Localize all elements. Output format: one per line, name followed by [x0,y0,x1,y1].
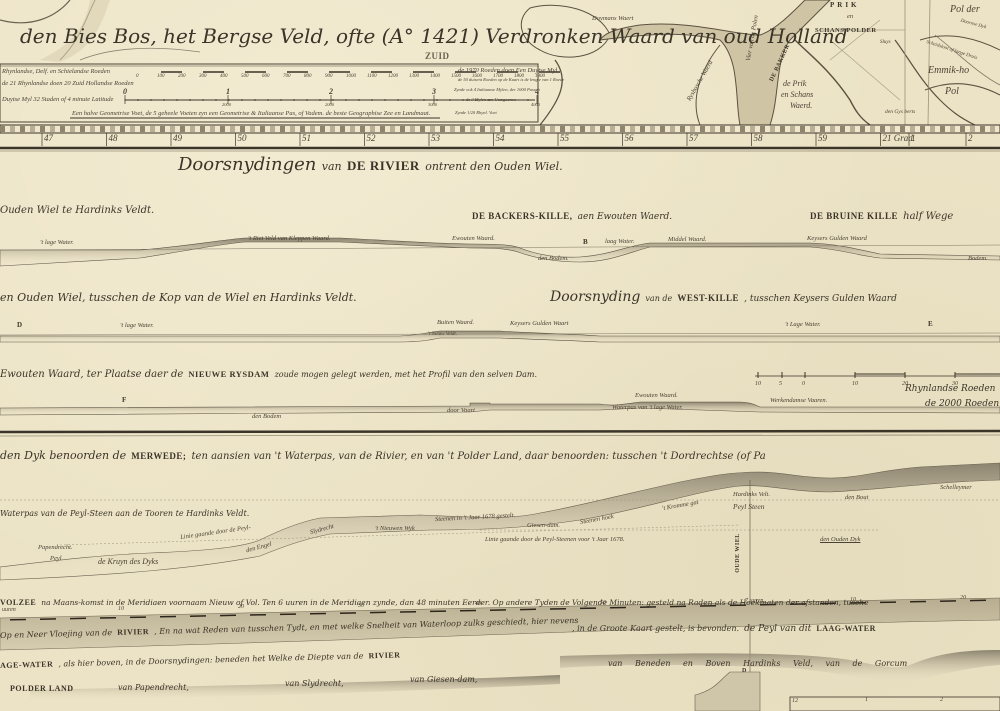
tide-line1-caps: VOLZEE [0,598,36,607]
place-sluis: Sluys [880,40,891,45]
tide-line3-caps2: LAAG-WATER [816,624,876,633]
tick-label: uuren [2,607,16,613]
section-b-right-script: Doorsnyding [550,289,640,305]
polder-place-1: van Papendrecht, [118,684,189,692]
profile-waterpas-line: Waterpas van de Peyl-Steen aan de Tooren… [0,510,249,518]
tick-label: 700 [283,74,291,79]
sections-title-caps: DE RIVIER [347,158,420,173]
tick-label: 400 [220,74,228,79]
tick-label: 2000 [325,103,334,108]
section-b-label: D [17,322,23,329]
section-a-right-caps: DE BRUINE KILLE [810,211,898,221]
tide-line4-caps2: RIVIER [368,651,400,661]
tick-label: 200 [178,74,186,79]
scale-note-3: Zynde ook 4 Italiaanse Mylen, der 1000 P… [454,88,540,93]
section-a-label: Bodem. [968,256,988,263]
tick-label: 10 [850,597,856,603]
tick-label: 1200 [388,74,398,79]
sections-title-van: van [322,160,342,173]
section-b-label: 't Lage Water. [785,322,821,329]
tick-label: 1000 [346,74,356,79]
place-pol-der: Pol der [950,5,980,15]
profile-label: den Ouden Dyk [820,537,860,544]
profile-label: Hardinks Velt. [733,492,770,499]
section-a-label: 't Riet Veld van Kleppen Waard. [248,236,331,243]
section-a-label: 't lage Water. [40,240,74,247]
place-prik-en: en [847,14,853,21]
section-b-label: 't lage Water. [120,323,154,330]
section-a-mid-title: DE BACKERS-KILLE, aen Ewouten Waerd. [472,206,672,222]
inset-label-2: 2 [940,697,943,703]
section-a-mid-caps: DE BACKERS-KILLE, [472,211,573,221]
profile-label: Giesen-dam. [527,523,560,530]
section-b-label: E [928,321,933,328]
profile-title-mid: ten aansien van 't Waterpas, van de Rivi… [192,451,766,462]
section-c-label: F [122,397,127,404]
tide-line-1: VOLZEE na Maans-komst in de Meridiaen vo… [0,592,869,608]
tick-label: 50 [600,600,606,606]
tick-label: 3000 [428,103,437,108]
profile-label: de Kruyn des Dyks [98,558,158,566]
place-schans-polder: SCHANS POLDER [815,28,877,35]
profile-label: den Bout [845,495,868,502]
inset-label-1: 1 [865,697,868,703]
section-c-title: Ewouten Waard, ter Plaatse daer de NIEUW… [0,364,537,380]
scale-row3-label: Duytse Myl 32 Staden of 4 minute Latitud… [2,97,113,104]
tick-label: 500 [241,74,249,79]
tick-label: 0 [123,88,128,96]
section-a-label: Keysers Gulden Waard [807,236,867,243]
tick-label: 40 [475,601,481,607]
tick-label: 53 [431,134,440,143]
tick-label: 58 [754,134,763,143]
place-prik-waerd-2: en Schans [781,91,813,99]
tick-label: 54 [496,134,505,143]
section-c-label: Ewouten Waard. [635,393,678,400]
tick-label: 10 [118,606,124,612]
tick-label: 100 [157,74,165,79]
inset-label-12: 12 [792,698,798,704]
section-c-label: Waterpas van 't lage Water. [612,405,683,412]
place-prik-waerd-1: de Prik [783,80,806,88]
tick-label: 2000 [222,103,231,108]
tick-label: 3 [432,88,437,96]
scale-note-2: de 50 duisent Roeden op de Kaart is de l… [458,78,564,83]
section-c-label: den Bodem [252,414,281,421]
section-c-scale-caption-1: Rhynlandse Roeden [905,385,995,394]
section-a-left-title: Ouden Wiel te Hardinks Veldt. [0,206,154,216]
tide-line3-post: , in de Groote Kaart gestelt, is bevonde… [572,624,739,633]
profile-label: Papendrecht. [38,545,73,552]
scale-note-1: de 1970 Roeden doen Een Duytse Myl [458,68,557,75]
profile-title-caps: MERWEDE; [131,451,186,461]
place-doyman: Doymans Waert [592,16,633,23]
place-prik: PRIK [830,2,860,9]
profile-label: 't Nieuwen Wyk [375,526,415,533]
tick-label: 4000 [531,103,540,108]
scale-row4-text: Een halve Geometrise Voet, de 5 geheele … [72,111,430,118]
sections-title-script: Doorsnydingen [178,154,316,175]
tick-label: 7 uuren [745,598,763,604]
tick-label: 48 [109,134,118,143]
section-b-left-title: en Ouden Wiel, tusschen de Kop van de Wi… [0,292,357,303]
place-gysberts: den Gys berts [885,110,915,116]
section-b-label: Buiten Waard. [437,320,474,327]
tick-label: 57 [689,134,698,143]
scale-row2-label: de 21 Rhynlandse doen 20 Zuid Hollandse … [2,81,134,88]
tick-label: 300 [199,74,207,79]
tick-label: 1300 [409,74,419,79]
tick-label: 20 [960,595,966,601]
tick-label: 0 [136,74,139,79]
tide-line-5: van Beneden en Boven Hardinks Veld, van … [608,660,907,668]
tick-label: 49 [173,134,182,143]
scale-note-5: Zynde 1/20 Rhynl. Voet [455,111,497,116]
tick-label: 51 [302,134,311,143]
tick-label: 2 [329,88,334,96]
section-a-right-rest: half Wege [903,211,953,222]
sections-title-rest: ontrent den Ouden Wiel. [425,160,562,173]
tick-label: 5 [779,381,782,387]
place-emmik: Emmik-ho [928,66,969,76]
section-c-label: Werkendamse Vaaren. [770,398,827,405]
tick-label: 30 [358,603,364,609]
profile-label: Linie gaande door de Peyl-Steenen voor '… [485,537,624,544]
section-a-label: Ewouten Waard. [452,236,495,243]
map-title-region: den Bies Bos, het Bergse Veld, ofte (A° … [20,26,848,46]
tick-label: 20 [238,604,244,610]
section-a-right-title: DE BRUINE KILLE half Wege [810,206,953,222]
tick-label: 1400 [430,74,440,79]
tick-label: 0 [802,381,805,387]
sections-title: Doorsnydingen van DE RIVIER ontrent den … [178,156,563,174]
polder-place-3: van Giesen-dam, [410,676,477,684]
profile-title-pre: den Dyk benoorden de [0,449,126,462]
polder-land-label: POLDER LAND [10,685,74,693]
tick-label: 800 [304,74,312,79]
tick-label: 1100 [367,74,377,79]
polder-place-2: van Slydrecht, [285,680,344,688]
section-a-label: Middel Waard. [668,237,707,244]
section-c-scale-caption-2: de 2000 Roeden [925,400,999,409]
profile-label: Peyl Steen [733,503,764,511]
section-c-label: door Vaart [447,408,475,415]
scale-row1-label: Rhynlandse, Delf. en Schielandse Roeden [2,69,110,76]
section-c-title-post: zoude mogen gelegt werden, met het Profi… [275,370,537,379]
section-b-right-caps: WEST-KILLE [677,293,739,303]
section-a-label: B [583,239,588,246]
place-prik-waerd-3: Waerd. [790,102,812,110]
profile-label: Peyl [50,556,62,563]
tick-label: 50 [238,134,247,143]
section-b-label: 't Nieuw Veldt. [428,332,457,337]
tick-label: 10 [755,381,761,387]
section-a-label: den Bodem. [538,256,569,263]
scale-note-4: de 3 Mylen een Uur gaans [466,98,514,103]
profile-title: den Dyk benoorden de MERWEDE; ten aansie… [0,446,766,462]
direction-label: ZUID [425,52,450,61]
tick-label: 56 [625,134,634,143]
tick-label: 59 [818,134,827,143]
section-a-label: laag Water. [605,239,634,246]
tick-label: 52 [367,134,376,143]
section-c-title-caps: NIEUWE RYSDAM [188,369,269,379]
tick-label: 600 [262,74,270,79]
section-b-right-van: van de [645,294,672,303]
section-b-right-title: Doorsnyding van de WEST-KILLE , tusschen… [550,288,897,304]
profile-label: Schelleymer [940,485,972,492]
section-b-right-rest: , tusschen Keysers Gulden Waard [744,294,897,304]
tick-label: 55 [560,134,569,143]
tick-label: 1 [911,134,916,143]
section-c-title-pre: Ewouten Waard, ter Plaatse daer de [0,369,183,380]
inset-label-d: D [742,668,747,674]
tide-line2-caps: RIVIER [117,627,149,637]
tick-label: 10 [852,381,858,387]
tide-line-3: , in de Groote Kaart gestelt, is bevonde… [572,618,876,634]
tick-label: 900 [325,74,333,79]
tide-line3-peyl: de Peyl van dit [744,624,811,634]
tide-line2-pre: Op en Neer Vloejing van de [0,628,112,640]
tick-label: 47 [44,134,53,143]
profile-oude-wiel: OUDE WIEL [735,533,741,573]
section-a-mid-rest: aen Ewouten Waerd. [578,212,673,222]
tide-line4-caps: AGE-WATER [0,660,53,670]
tick-label: 1 [226,88,231,96]
tick-label: 2 [968,134,973,143]
place-pol: Pol [945,87,959,97]
section-b-label: Keysers Gulden Waart [510,321,569,328]
